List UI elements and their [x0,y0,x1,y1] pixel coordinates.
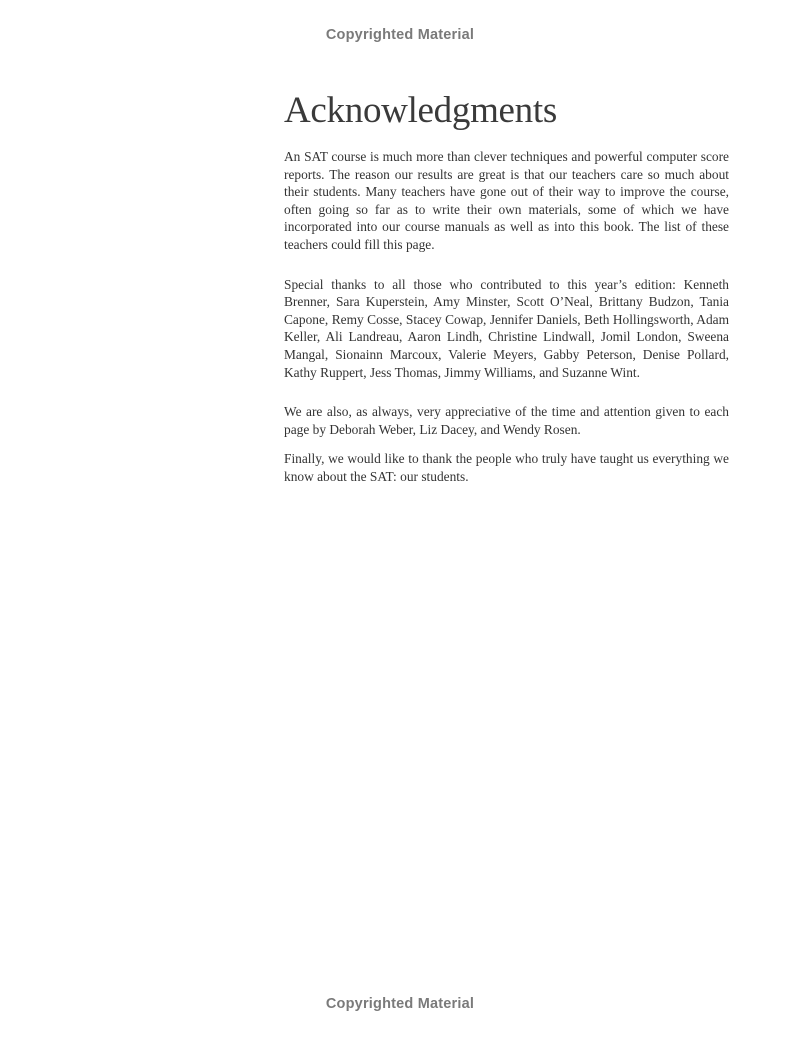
page-title: Acknowledgments [284,88,729,134]
acknowledgments-section: Acknowledgments An SAT course is much mo… [284,88,729,486]
paragraph-special-thanks: Special thanks to all those who contribu… [284,276,729,382]
copyright-watermark-bottom: Copyrighted Material [0,996,800,1012]
copyright-watermark-top: Copyrighted Material [0,27,800,43]
paragraph-intro: An SAT course is much more than clever t… [284,148,729,254]
paragraph-appreciation: We are also, as always, very appreciativ… [284,403,729,438]
paragraph-closing: Finally, we would like to thank the peop… [284,450,729,485]
